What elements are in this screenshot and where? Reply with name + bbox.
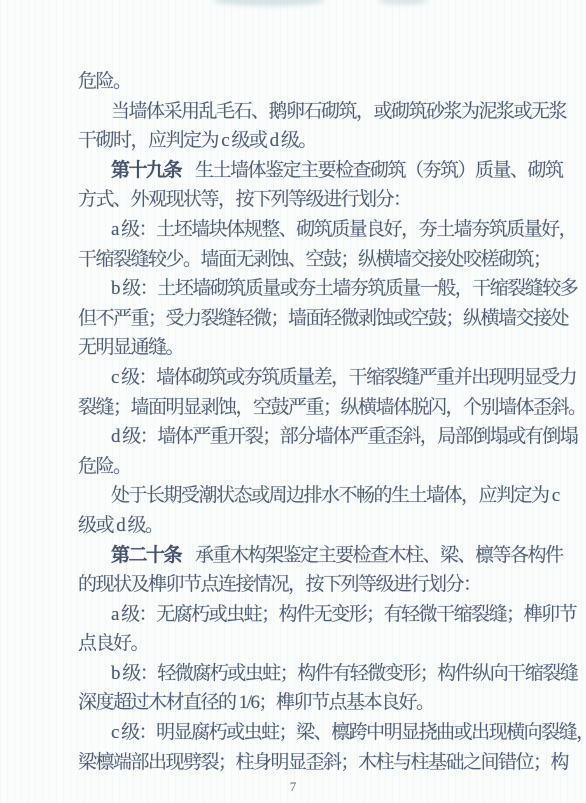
- line-text: 但不严重；受力裂缝轻微；墙面轻微剥蚀或空鼓；纵横墙交接处: [78, 308, 568, 329]
- text-line: 干缩裂缝较少。墙面无剥蚀、空鼓；纵横墙交接处咬槎砌筑；: [78, 245, 542, 275]
- text-line: 第二十条承重木构架鉴定主要检查木柱、梁、檩等各构件: [78, 541, 542, 571]
- text-line: b 级：土坯墙砌筑质量或夯土墙夯筑质量一般，干缩裂缝较多: [78, 274, 542, 304]
- line-text: c 级：明显腐朽或虫蛀；梁、檩跨中明显挠曲或出现横向裂缝，: [111, 722, 586, 743]
- line-text: 的现状及榫卯节点连接情况，按下列等级进行划分：: [78, 574, 481, 595]
- text-line: 危险。: [78, 452, 542, 482]
- text-line: 干砌时，应判定为 c 级或 d 级。: [78, 126, 542, 156]
- line-text: c 级：墙体砌筑或夯筑质量差，干缩裂缝严重并出现明显受力: [111, 367, 576, 388]
- text-line: 危险。: [78, 67, 542, 97]
- line-text: 梁檩端部出现劈裂；柱身明显歪斜；木柱与柱基础之间错位；构: [78, 752, 568, 773]
- line-text: 生土墙体鉴定主要检查砌筑（夯筑）质量、砌筑: [195, 160, 563, 181]
- text-line: 裂缝；墙面明显剥蚀，空鼓严重；纵横墙体脱闪，个别墙体歪斜。: [78, 393, 542, 423]
- line-text: b 级：土坯墙砌筑质量或夯土墙夯筑质量一般，干缩裂缝较多: [111, 278, 577, 299]
- line-text: 承重木构架鉴定主要检查木柱、梁、檩等各构件: [195, 545, 563, 566]
- line-text: 干砌时，应判定为 c 级或 d 级。: [78, 130, 316, 151]
- line-text: 当墙体采用乱毛石、鹅卵石砌筑，或砌筑砂浆为泥浆或无浆: [111, 101, 566, 122]
- line-text: 级或 d 级。: [78, 515, 163, 536]
- text-line: a 级：无腐朽或虫蛀；构件无变形；有轻微干缩裂缝；榫卯节: [78, 600, 542, 630]
- text-line: a 级：土坯墙块体规整、砌筑质量良好，夯土墙夯筑质量好，: [78, 215, 542, 245]
- scan-smudge: [213, 0, 325, 6]
- line-text: 点良好。: [78, 633, 148, 654]
- text-line: c 级：明显腐朽或虫蛀；梁、檩跨中明显挠曲或出现横向裂缝，: [78, 718, 542, 748]
- document-page: 危险。 当墙体采用乱毛石、鹅卵石砌筑，或砌筑砂浆为泥浆或无浆 干砌时，应判定为 …: [0, 0, 586, 803]
- text-line: 处于长期受潮状态或周边排水不畅的生土墙体，应判定为 c: [78, 481, 542, 511]
- scan-smudge: [378, 0, 428, 5]
- text-line: 的现状及榫卯节点连接情况，按下列等级进行划分：: [78, 570, 542, 600]
- line-text: 深度超过木材直径的 1/6；榫卯节点基本良好。: [78, 692, 434, 713]
- text-line: 点良好。: [78, 629, 542, 659]
- text-line: d 级：墙体严重开裂；部分墙体严重歪斜，局部倒塌或有倒塌: [78, 422, 542, 452]
- text-line: 当墙体采用乱毛石、鹅卵石砌筑，或砌筑砂浆为泥浆或无浆: [78, 97, 542, 127]
- line-text: 危险。: [78, 71, 131, 92]
- line-text: d 级：墙体严重开裂；部分墙体严重歪斜，局部倒塌或有倒塌: [111, 426, 577, 447]
- line-text: 无明显通缝。: [78, 337, 183, 358]
- text-line: c 级：墙体砌筑或夯筑质量差，干缩裂缝严重并出现明显受力: [78, 363, 542, 393]
- text-line: 级或 d 级。: [78, 511, 542, 541]
- line-text: 干缩裂缝较少。墙面无剥蚀、空鼓；纵横墙交接处咬槎砌筑；: [78, 249, 551, 270]
- text-line: 深度超过木材直径的 1/6；榫卯节点基本良好。: [78, 688, 542, 718]
- text-line: 无明显通缝。: [78, 333, 542, 363]
- text-line: b 级：轻微腐朽或虫蛀；构件有轻微变形；构件纵向干缩裂缝: [78, 659, 542, 689]
- text-line: 但不严重；受力裂缝轻微；墙面轻微剥蚀或空鼓；纵横墙交接处: [78, 304, 542, 334]
- document-body: 危险。 当墙体采用乱毛石、鹅卵石砌筑，或砌筑砂浆为泥浆或无浆 干砌时，应判定为 …: [78, 67, 542, 777]
- text-line: 梁檩端部出现劈裂；柱身明显歪斜；木柱与柱基础之间错位；构: [78, 748, 542, 778]
- line-text: a 级：土坯墙块体规整、砌筑质量良好，夯土墙夯筑质量好，: [111, 219, 576, 240]
- line-text: 危险。: [78, 456, 131, 477]
- text-line: 方式、外观现状等，按下列等级进行划分：: [78, 185, 542, 215]
- line-text: 方式、外观现状等，按下列等级进行划分：: [78, 189, 411, 210]
- text-line: 第十九条生土墙体鉴定主要检查砌筑（夯筑）质量、砌筑: [78, 156, 542, 186]
- article-number: 第十九条: [111, 160, 181, 181]
- page-number: 7: [0, 779, 586, 795]
- line-text: 处于长期受潮状态或周边排水不畅的生土墙体，应判定为 c: [111, 485, 559, 506]
- article-number: 第二十条: [111, 545, 181, 566]
- line-text: b 级：轻微腐朽或虫蛀；构件有轻微变形；构件纵向干缩裂缝: [111, 663, 577, 684]
- line-text: a 级：无腐朽或虫蛀；构件无变形；有轻微干缩裂缝；榫卯节: [111, 604, 576, 625]
- line-text: 裂缝；墙面明显剥蚀，空鼓严重；纵横墙体脱闪，个别墙体歪斜。: [78, 397, 586, 418]
